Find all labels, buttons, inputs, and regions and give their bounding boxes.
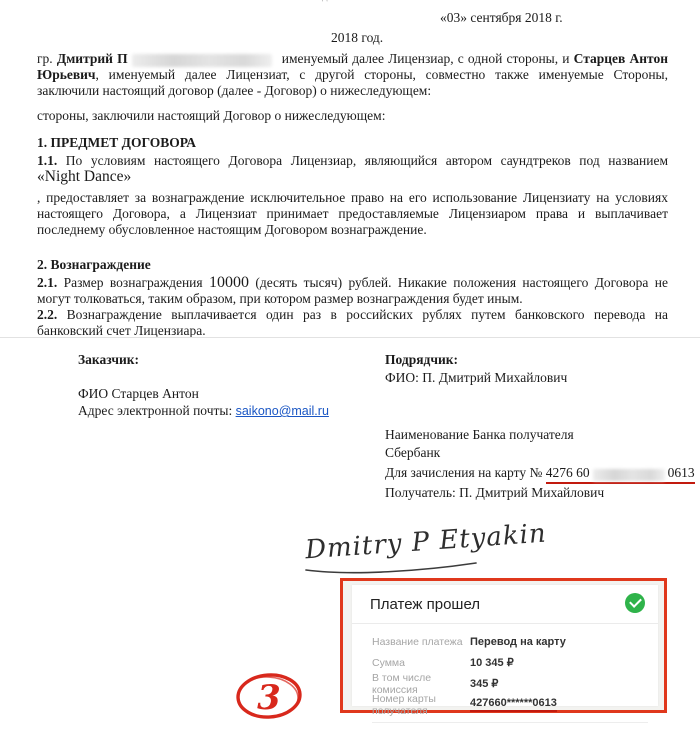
payment-row-label: Название платежа xyxy=(372,636,470,648)
payment-row: Номер карты получателя 427660******0613 xyxy=(372,694,658,715)
payment-row-value: Перевод на карту xyxy=(470,636,566,648)
handwritten-signature: Dmitry P Etyakin xyxy=(304,519,547,566)
recipient-line: Получатель: П. Дмитрий Михайлович xyxy=(385,485,604,501)
email-link[interactable]: saikono@mail.ru xyxy=(236,404,329,418)
card-number-last: 0613 xyxy=(668,465,695,480)
payment-row: Название платежа Перевод на карту xyxy=(372,631,658,652)
customer-block: Заказчик: ФИО Старцев Антон Адрес электр… xyxy=(78,351,329,420)
payment-row: Сумма 10 345 ₽ xyxy=(372,652,658,673)
payment-row: В том числе комиссия 345 ₽ xyxy=(372,673,658,694)
card-bottom-divider xyxy=(372,722,648,723)
payment-details: Название платежа Перевод на карту Сумма … xyxy=(352,624,658,715)
clause-1-1-number: 1.1. xyxy=(37,153,57,168)
email-label: Адрес электронной почты: xyxy=(78,403,236,418)
payment-status-title: Платеж прошел xyxy=(370,596,480,613)
payment-row-label: Номер карты получателя xyxy=(372,693,470,717)
payment-row-value: 345 ₽ xyxy=(470,677,498,690)
signature-flourish xyxy=(302,560,482,576)
redacted-name-blur xyxy=(132,54,272,67)
clause-2-1-number: 2.1. xyxy=(37,275,57,290)
licensor-name: Дмитрий П xyxy=(57,51,128,66)
bank-name: Сбербанк xyxy=(385,444,574,462)
clause-2-1: 2.1. Размер вознаграждения 10000 (десять… xyxy=(37,275,668,307)
payment-row-value: 10 345 ₽ xyxy=(470,656,514,669)
clause-2-2-text: Вознаграждение выплачивается один раз в … xyxy=(37,307,668,338)
intro-tail: , именуемый далее Лицензиат, с другой ст… xyxy=(37,67,668,98)
bank-label: Наименование Банка получателя xyxy=(385,426,574,444)
bank-block: Наименование Банка получателя Сбербанк xyxy=(385,426,574,462)
clause-2-1-pre: Размер вознаграждения xyxy=(57,275,209,290)
redacted-card-blur xyxy=(593,469,665,481)
card-number-underlined: 4276 600613 xyxy=(546,465,695,484)
card-number-first: 4276 60 xyxy=(546,465,590,480)
clause-2-2: 2.2. Вознаграждение выплачивается один р… xyxy=(37,307,668,339)
annotation-number: 3 xyxy=(257,678,281,718)
clause-2-2-number: 2.2. xyxy=(37,307,57,322)
contract-date: «03» сентября 2018 г. xyxy=(440,10,563,26)
clause-1-1-continuation: , предоставляет за вознаграждение исключ… xyxy=(37,190,668,238)
intro-middle: именуемый далее Лицензиар, с одной сторо… xyxy=(278,51,574,66)
contractor-block: Подрядчик: ФИО: П. Дмитрий Михайлович xyxy=(385,351,567,387)
contract-year: 2018 год. xyxy=(331,30,383,46)
check-circle-icon xyxy=(625,593,645,613)
top-cutoff-fragment: д. xyxy=(322,0,330,4)
card-number-line: Для зачисления на карту № 4276 600613 xyxy=(385,465,695,481)
section1-heading: 1. ПРЕДМЕТ ДОГОВОРА xyxy=(37,135,196,151)
contractor-fio: ФИО: П. Дмитрий Михайлович xyxy=(385,369,567,387)
track-title: «Night Dance» xyxy=(37,169,131,185)
payment-row-label: Сумма xyxy=(372,657,470,669)
section2-heading: 2. Вознаграждение xyxy=(37,257,151,273)
payment-card-number-value: 427660******0613 xyxy=(470,697,557,712)
payment-header: Платеж прошел xyxy=(352,585,658,624)
customer-label: Заказчик: xyxy=(78,351,329,368)
card-line-pre: Для зачисления на карту № xyxy=(385,465,546,480)
reward-amount: 10000 xyxy=(209,274,249,291)
intro-repeat-line: стороны, заключили настоящий Договор о н… xyxy=(37,108,385,124)
clause-1-1-text: По условиям настоящего Договора Лицензиа… xyxy=(57,153,668,168)
payment-confirmation-card: Платеж прошел Название платежа Перевод н… xyxy=(352,585,658,706)
intro-paragraph: гр. Дмитрий П именуемый далее Лицензиар,… xyxy=(37,51,668,99)
customer-email-line: Адрес электронной почты: saikono@mail.ru xyxy=(78,402,329,420)
clause-1-1: 1.1. По условиям настоящего Договора Лиц… xyxy=(37,153,668,169)
circled-number-annotation: 3 xyxy=(233,670,307,724)
section-divider xyxy=(0,337,700,338)
intro-pre: гр. xyxy=(37,51,57,66)
customer-fio: ФИО Старцев Антон xyxy=(78,385,329,402)
contractor-label: Подрядчик: xyxy=(385,351,567,369)
